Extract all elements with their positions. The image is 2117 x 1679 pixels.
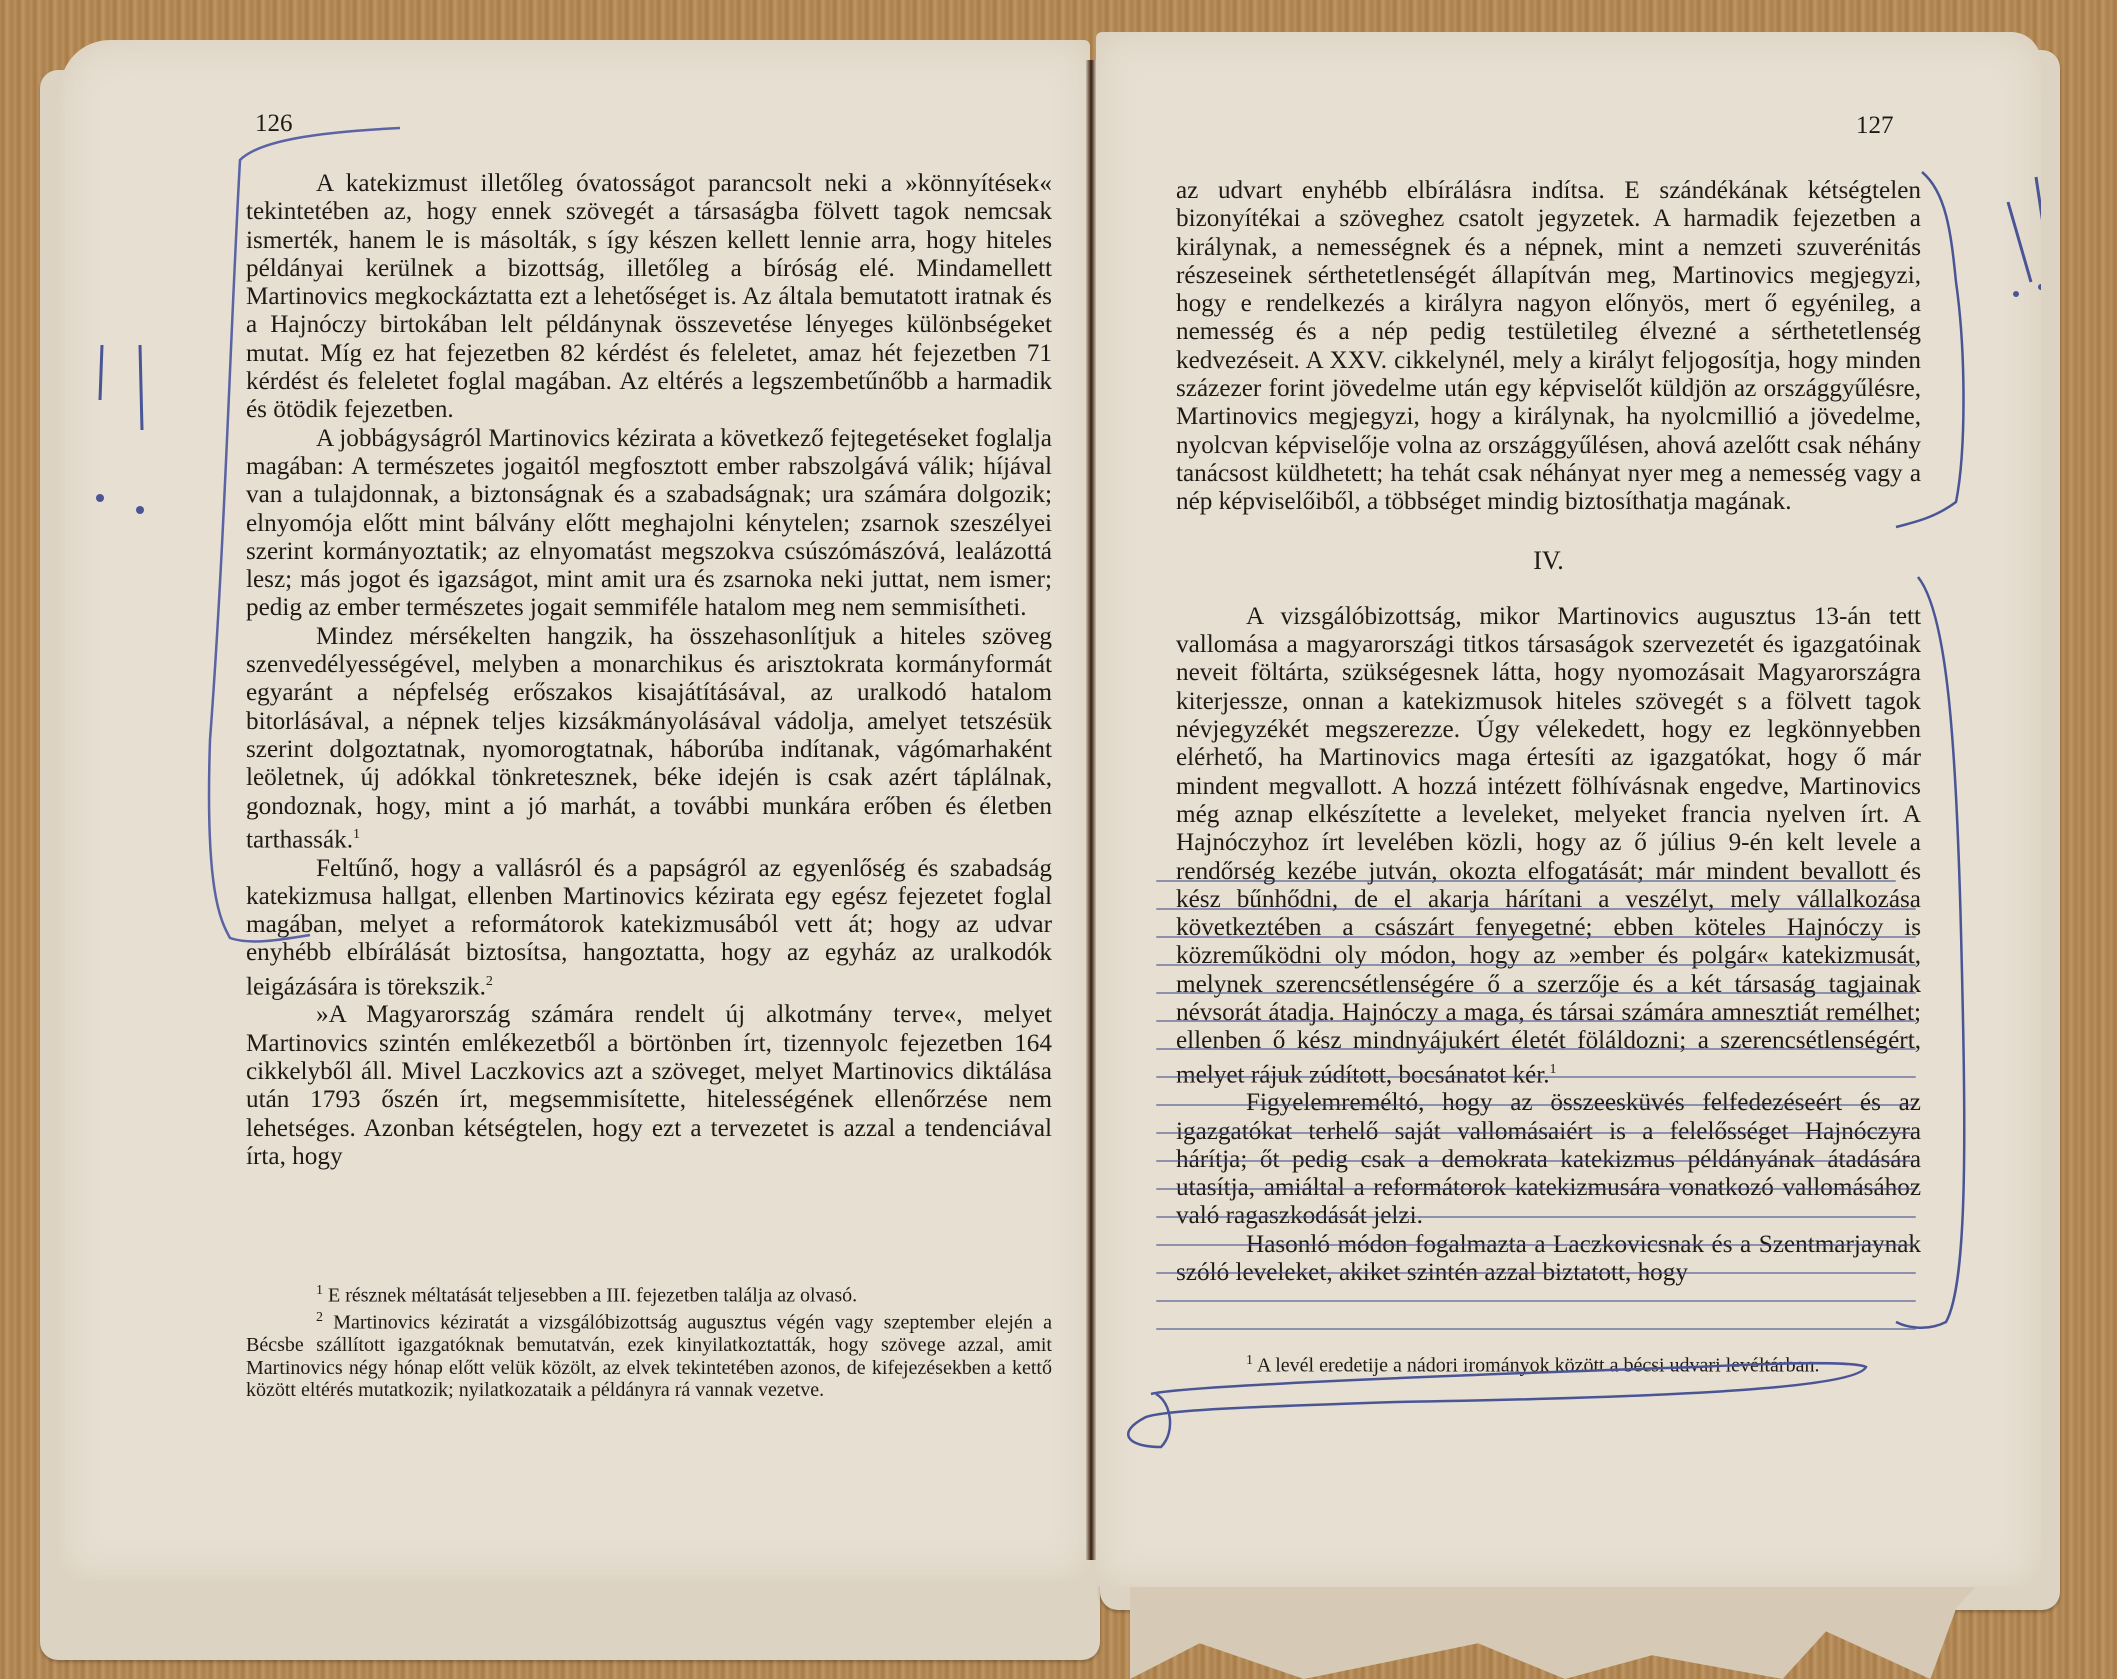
page-number: 127: [1856, 112, 1894, 140]
left-page: 126 A katekizmust illetőleg óvatosságot …: [60, 40, 1090, 1580]
pen-underline: [1156, 908, 1916, 910]
footnote-ref[interactable]: 1: [1550, 1062, 1557, 1077]
pen-underline: [1156, 1272, 1916, 1274]
pen-underline: [1156, 936, 1916, 938]
footnote: 1 A levél eredetije a nádori irományok k…: [1176, 1350, 1921, 1377]
pen-underline: [1156, 964, 1916, 966]
paragraph: az udvart enyhébb elbírálásra indítsa. E…: [1176, 177, 1921, 517]
footnote-ref[interactable]: 1: [353, 827, 360, 842]
pen-underline: [1156, 1188, 1916, 1190]
pen-underline: [1156, 1104, 1916, 1106]
pen-underline: [1156, 1244, 1916, 1246]
paragraph: A vizsgálóbizottság, mikor Martinovics a…: [1176, 603, 1921, 1089]
pen-underline: [1156, 992, 1916, 994]
right-page: 127 az udvart enyhébb elbírálásra indíts…: [1096, 32, 2041, 1587]
book-spine-gutter: [1086, 60, 1096, 1560]
right-page-body: az udvart enyhébb elbírálásra indítsa. E…: [1176, 177, 1921, 1287]
page-number: 126: [255, 110, 293, 138]
section-heading: IV.: [1176, 547, 1921, 575]
pen-underline: [1156, 1048, 1916, 1050]
left-page-footnotes: 1 E résznek méltatását teljesebben a III…: [246, 1280, 1052, 1402]
paragraph: Hasonló módon fogalmazta a Laczkovicsnak…: [1176, 1231, 1921, 1288]
pen-underline: [1156, 1076, 1916, 1078]
paragraph: Feltűnő, hogy a vallásról és a papságról…: [246, 855, 1052, 1002]
paragraph: A jobbágyságról Martinovics kézirata a k…: [246, 425, 1052, 623]
pen-underline: [1156, 1132, 1916, 1134]
footnote-ref[interactable]: 2: [486, 974, 493, 989]
pen-underline: [1156, 1020, 1916, 1022]
footnote: 1 E résznek méltatását teljesebben a III…: [246, 1280, 1052, 1307]
pen-underline: [1156, 1160, 1916, 1162]
left-page-body: A katekizmust illetőleg óvatosságot para…: [246, 170, 1052, 1171]
pen-underline: [1156, 1216, 1916, 1218]
paragraph: A katekizmust illetőleg óvatosságot para…: [246, 170, 1052, 425]
pen-underline: [1156, 880, 1896, 882]
paragraph: Mindez mérsékelten hangzik, ha összehaso…: [246, 623, 1052, 855]
footnote: 2 Martinovics kéziratát a vizsgálóbizott…: [246, 1307, 1052, 1402]
pen-underline: [1156, 1300, 1916, 1302]
pen-underline: [1156, 1328, 1916, 1330]
right-page-footnotes: 1 A levél eredetije a nádori irományok k…: [1176, 1350, 1921, 1377]
paragraph: »A Magyarország számára rendelt új alkot…: [246, 1001, 1052, 1171]
